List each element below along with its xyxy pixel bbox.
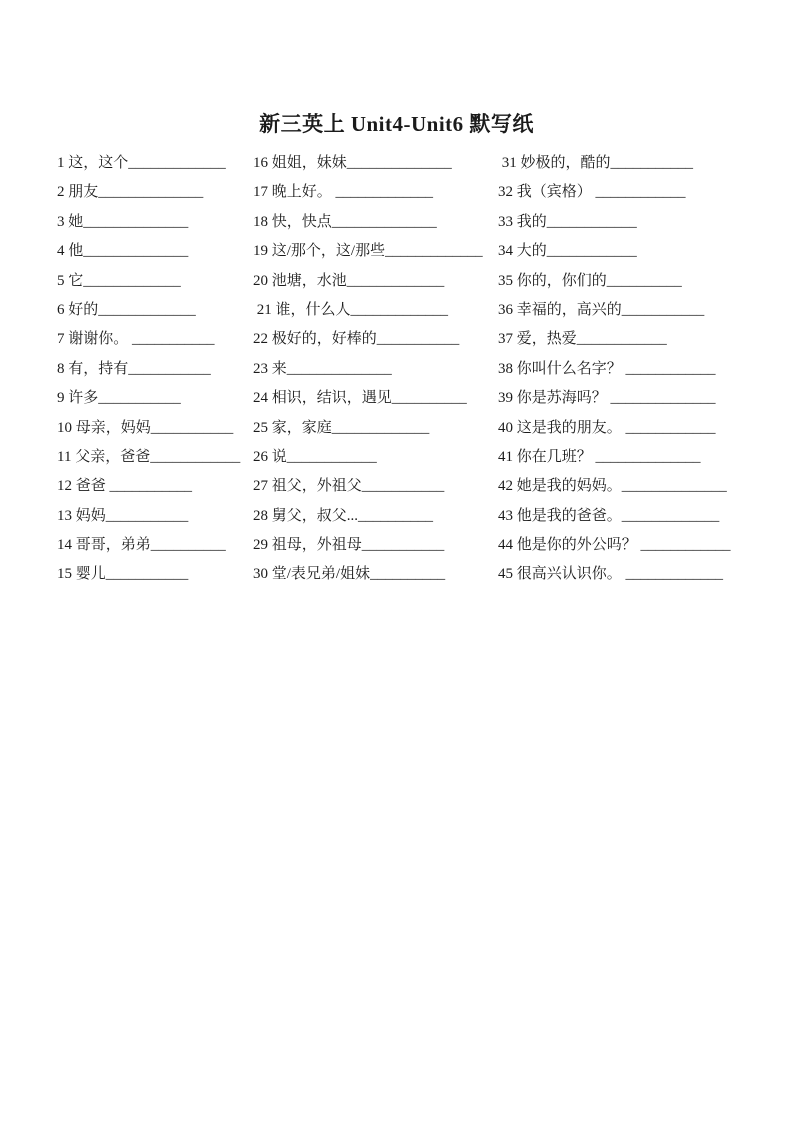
vocab-column-1: 1 这，这个_____________2 朋友______________3 她… [57, 149, 240, 590]
vocab-item: 3 她______________ [57, 208, 240, 237]
vocab-item: 34 大的____________ [498, 237, 731, 266]
vocab-item: 26 说____________ [253, 443, 483, 472]
vocab-item: 10 母亲，妈妈___________ [57, 414, 240, 443]
vocab-item: 33 我的____________ [498, 208, 731, 237]
vocab-item: 41 你在几班？ ______________ [498, 443, 731, 472]
vocab-item: 42 她是我的妈妈。______________ [498, 472, 731, 501]
sheet-title: 新三英上 Unit4-Unit6 默写纸 [0, 108, 793, 138]
vocab-item: 27 祖父，外祖父___________ [253, 472, 483, 501]
vocab-item: 43 他是我的爸爸。_____________ [498, 502, 731, 531]
vocab-item: 38 你叫什么名字？ ____________ [498, 355, 731, 384]
dictation-sheet-page: 新三英上 Unit4-Unit6 默写纸 1 这，这个_____________… [0, 0, 793, 1122]
vocab-item: 9 许多___________ [57, 384, 240, 413]
vocab-item: 2 朋友______________ [57, 178, 240, 207]
vocab-item: 37 爱，热爱____________ [498, 325, 731, 354]
vocab-item: 35 你的，你们的__________ [498, 267, 731, 296]
vocab-item: 25 家，家庭_____________ [253, 414, 483, 443]
vocab-item: 22 极好的，好棒的___________ [253, 325, 483, 354]
vocab-item: 16 姐姐，妹妹______________ [253, 149, 483, 178]
vocab-item: 18 快，快点______________ [253, 208, 483, 237]
vocab-item: 28 舅父，叔父...__________ [253, 502, 483, 531]
vocab-item: 7 谢谢你。 ___________ [57, 325, 240, 354]
vocab-item: 21 谁，什么人_____________ [253, 296, 483, 325]
vocab-item: 14 哥哥，弟弟__________ [57, 531, 240, 560]
vocab-item: 13 妈妈___________ [57, 502, 240, 531]
vocab-item: 6 好的_____________ [57, 296, 240, 325]
vocab-item: 44 他是你的外公吗？ ____________ [498, 531, 731, 560]
vocab-item: 20 池塘，水池_____________ [253, 267, 483, 296]
vocab-item: 1 这，这个_____________ [57, 149, 240, 178]
vocab-column-2: 16 姐姐，妹妹______________17 晚上好。 __________… [253, 149, 483, 590]
vocab-item: 8 有，持有___________ [57, 355, 240, 384]
vocab-item: 11 父亲，爸爸____________ [57, 443, 240, 472]
vocab-item: 19 这/那个，这/那些_____________ [253, 237, 483, 266]
vocab-item: 30 堂/表兄弟/姐妹__________ [253, 560, 483, 589]
vocab-item: 29 祖母，外祖母___________ [253, 531, 483, 560]
vocab-item: 45 很高兴认识你。 _____________ [498, 560, 731, 589]
vocab-item: 5 它_____________ [57, 267, 240, 296]
vocab-column-3: 31 妙极的，酷的___________32 我（宾格） ___________… [498, 149, 731, 590]
vocab-item: 23 来______________ [253, 355, 483, 384]
vocab-item: 12 爸爸 ___________ [57, 472, 240, 501]
vocab-item: 17 晚上好。 _____________ [253, 178, 483, 207]
vocab-item: 4 他______________ [57, 237, 240, 266]
vocab-item: 15 婴儿___________ [57, 560, 240, 589]
vocab-item: 31 妙极的，酷的___________ [498, 149, 731, 178]
vocab-item: 36 幸福的，高兴的___________ [498, 296, 731, 325]
vocab-item: 40 这是我的朋友。 ____________ [498, 414, 731, 443]
vocab-item: 24 相识，结识，遇见__________ [253, 384, 483, 413]
vocab-item: 39 你是苏海吗？ ______________ [498, 384, 731, 413]
vocab-item: 32 我（宾格） ____________ [498, 178, 731, 207]
